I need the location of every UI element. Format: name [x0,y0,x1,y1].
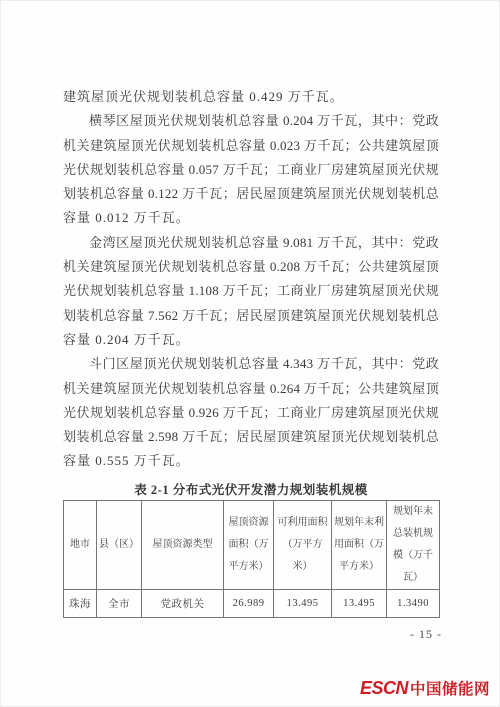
logo-text-cn: 中国储能网 [410,681,490,698]
text-line: 建筑屋顶光伏规划装机总容量 0.429 万千瓦。 [63,85,439,109]
text-line: 光伏规划装机总容量 0.057 万千瓦；工商业厂房建筑屋顶光伏规 [63,158,439,182]
table-cell: 珠海 [64,590,97,618]
table-header-row: 地市 县（区） 屋顶资源类型 屋顶资源面积（万平方米） 可利用面积（万平方米） … [64,501,440,590]
escn-logo: ESCN中国储能网 [360,677,490,699]
text-line: 机关建筑屋顶光伏规划装机总容量 0.208 万千瓦；公共建筑屋顶 [63,255,439,279]
text-line: 划装机总容量 2.598 万千瓦；居民屋顶建筑屋顶光伏规划装机总 [63,425,439,449]
table-cell: 党政机关 [142,590,224,618]
text-line: 划装机总容量 0.122 万千瓦；居民屋顶建筑屋顶光伏规划装机总 [63,182,439,206]
table-header-cell: 屋顶资源类型 [142,501,224,590]
text-line: 光伏规划装机总容量 0.926 万千瓦；工商业厂房建筑屋顶光伏规 [63,401,439,425]
text-line: 斗门区屋顶光伏规划装机总容量 4.343 万千瓦，其中：党政 [63,352,439,376]
document-page: 建筑屋顶光伏规划装机总容量 0.429 万千瓦。 横琴区屋顶光伏规划装机总容量 … [0,0,500,707]
text-line: 横琴区屋顶光伏规划装机总容量 0.204 万千瓦，其中：党政 [63,109,439,133]
text-line: 容量 0.012 万千瓦。 [63,206,439,230]
table-cell: 13.495 [332,590,387,618]
table-caption: 表 2-1 分布式光伏开发潜力规划装机规模 [63,480,439,498]
table-header-cell: 屋顶资源面积（万平方米） [224,501,274,590]
table-cell: 全市 [97,590,142,618]
table-header-cell: 可利用面积（万平方米） [274,501,332,590]
text-line: 容量 0.555 万千瓦。 [63,449,439,473]
text-line: 光伏规划装机总容量 1.108 万千瓦；工商业厂房建筑屋顶光伏规 [63,279,439,303]
table-header-cell: 县（区） [97,501,142,590]
table-cell: 13.495 [274,590,332,618]
text-line: 机关建筑屋顶光伏规划装机总容量 0.023 万千瓦；公共建筑屋顶 [63,134,439,158]
body-text: 建筑屋顶光伏规划装机总容量 0.429 万千瓦。 横琴区屋顶光伏规划装机总容量 … [63,85,439,474]
table-header-cell: 规划年末利用面积（万平方米） [332,501,387,590]
logo-text-en: ESCN [360,678,408,698]
table-cell: 1.3490 [387,590,440,618]
page-number: - 15 - [410,627,442,642]
table-header-cell: 规划年末总装机规模（万千瓦） [387,501,440,590]
text-line: 容量 0.204 万千瓦。 [63,328,439,352]
text-line: 金湾区屋顶光伏规划装机总容量 9.081 万千瓦，其中：党政 [63,231,439,255]
text-line: 划装机总容量 7.562 万千瓦；居民屋顶建筑屋顶光伏规划装机总 [63,304,439,328]
table-row: 珠海 全市 党政机关 26.989 13.495 13.495 1.3490 [64,590,440,618]
table-header-cell: 地市 [64,501,97,590]
pv-capacity-table: 地市 县（区） 屋顶资源类型 屋顶资源面积（万平方米） 可利用面积（万平方米） … [63,500,440,618]
table-cell: 26.989 [224,590,274,618]
text-line: 机关建筑屋顶光伏规划装机总容量 0.264 万千瓦；公共建筑屋顶 [63,377,439,401]
